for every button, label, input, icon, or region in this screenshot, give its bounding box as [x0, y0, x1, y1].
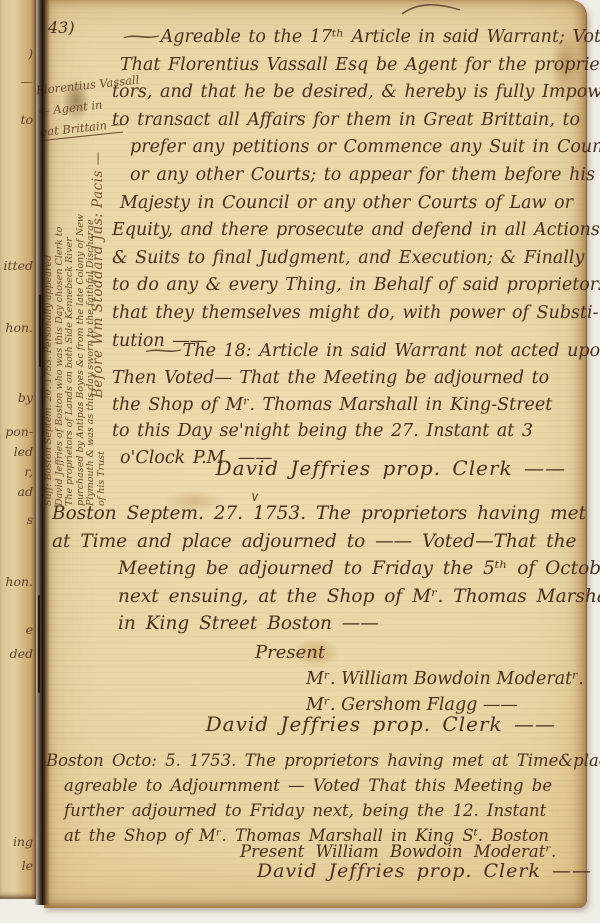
facing-page-text-fragment: hon. — [5, 574, 33, 589]
pen-flourish — [400, 1, 464, 17]
manuscript-line: to do any & every Thing, in Behalf of sa… — [112, 272, 600, 300]
facing-page-text-fragment: itted — [4, 258, 33, 273]
facing-page-text-fragment: hon. — [5, 320, 33, 335]
margin-attestation: Before Wm Stoddard Jus: Pacis — — [90, 128, 114, 398]
line-text: That Florentius Vassall Esq be Agent for… — [120, 55, 600, 75]
line-text: purchased by Antipas Boyes &c from the l… — [75, 214, 86, 506]
manuscript-line: in King Street Boston —— — [52, 610, 600, 638]
manuscript-line: Meeting be adjourned to Friday the 5ᵗʰ o… — [52, 555, 600, 583]
line-text: Agreable to the 17ᵗʰ Article in said War… — [161, 27, 600, 47]
line-text: Boston Septem. 27. 1753. The proprietors… — [52, 503, 586, 524]
paragraph-article-18: ~The 18: Article in said Warrant not act… — [112, 338, 600, 472]
manuscript-line: to transact all Affairs for them in Grea… — [112, 107, 600, 135]
manuscript-line: at Time and place adjourned to —— Voted—… — [52, 528, 600, 556]
paragraph-sept-27-meeting: Boston Septem. 27. 1753. The proprietors… — [52, 500, 600, 638]
gutter-crease-mark — [39, 295, 41, 367]
manuscript-line: prefer any petitions or Commence any Sui… — [112, 134, 600, 162]
facing-page-text-fragment: by — [18, 390, 33, 405]
book-gutter — [34, 0, 50, 905]
manuscript-line: Majesty in Council or any other Courts o… — [112, 190, 600, 218]
gutter-crease-mark — [38, 595, 40, 693]
line-text: of his Trust — [96, 451, 107, 506]
manuscript-line: that they themselves might do, with powe… — [112, 300, 600, 328]
manuscript-line: Equity, and there prosecute and defend i… — [112, 217, 600, 245]
line-text: in King Street Boston —— — [118, 613, 379, 634]
line-text: Equity, and there prosecute and defend i… — [112, 220, 600, 240]
line-text: agreable to Adjournment — Voted That thi… — [64, 776, 552, 795]
present-heading: Present — [255, 642, 325, 663]
facing-page-text-fragment: led — [14, 444, 33, 459]
paragraph-oct-5-meeting: Boston Octo: 5. 1753. The proprietors ha… — [46, 748, 600, 848]
manuscript-line: Then Voted— That the Meeting be adjourne… — [112, 365, 600, 392]
line-text: the Shop of Mʳ. Thomas Marshall in King-… — [112, 395, 552, 415]
facing-page-text-fragment: — — [21, 74, 34, 89]
facing-page-text-fragment: le — [22, 858, 33, 873]
line-text: Boston Octo: 5. 1753. The proprietors ha… — [46, 751, 600, 770]
margin-attestation-signature: Before Wm Stoddard Jus: Pacis — — [90, 128, 114, 398]
line-text: Then Voted— That the Meeting be adjourne… — [112, 368, 549, 388]
manuscript-line: further adjourned to Friday next, being … — [46, 798, 600, 823]
flourish-mark: ~ — [118, 24, 165, 52]
line-text: David Jeffries of Boston who was this Da… — [54, 227, 65, 506]
manuscript-line: That Florentius Vassall Esq be Agent for… — [112, 52, 600, 80]
manuscript-page: 43) ~Agreable to the 17ᵗʰ Article in sai… — [44, 0, 587, 908]
line-text: Majesty in Council or any other Courts o… — [120, 193, 573, 213]
present-moderator-line: Present William Bowdoin Moderatʳ. — [240, 842, 556, 861]
line-text: & Suits to final Judgment, and Execution… — [112, 248, 584, 268]
line-text: further adjourned to Friday next, being … — [64, 801, 546, 820]
manuscript-scan: )—toittedhon.bypon-ledr,adshon.ededingle… — [0, 0, 600, 923]
line-text: Mʳ. William Bowdoin Moderatʳ. — [306, 669, 584, 689]
clerk-signature-1: David Jeffries prop. Clerk —— — [194, 456, 566, 480]
facing-page-text-fragment: ing — [13, 834, 33, 849]
line-text: to transact all Affairs for them in Grea… — [112, 110, 580, 130]
line-text: Meeting be adjourned to Friday the 5ᵗʰ o… — [118, 558, 600, 579]
facing-page-text-fragment: r, — [24, 464, 33, 479]
manuscript-line: next ensuing, at the Shop of Mʳ. Thomas … — [52, 583, 600, 611]
manuscript-line: Boston Septem. 27. 1753. The proprietors… — [52, 500, 600, 528]
line-text: tors, and that he be desired, & hereby i… — [112, 82, 600, 102]
line-text: at Time and place adjourned to —— Voted—… — [52, 531, 576, 552]
line-text: The 18: Article in said Warrant not acte… — [183, 341, 600, 361]
paragraph-article-17: ~Agreable to the 17ᵗʰ Article in said Wa… — [112, 24, 600, 355]
facing-page-text-fragment: s — [27, 512, 33, 527]
line-text: to this Day se'night being the 27. Insta… — [112, 421, 533, 441]
line-text: that they themselves might do, with powe… — [112, 303, 599, 323]
manuscript-line: or any other Courts; to appear for them … — [112, 162, 600, 190]
line-text: next ensuing, at the Shop of Mʳ. Thomas … — [118, 586, 600, 607]
line-text: prefer any petitions or Commence any Sui… — [130, 137, 600, 157]
manuscript-line: & Suits to final Judgment, and Execution… — [112, 245, 600, 273]
manuscript-line: the Shop of Mʳ. Thomas Marshall in King-… — [112, 392, 600, 419]
clerk-signature-3: David Jeffries prop. Clerk —— — [184, 860, 592, 882]
manuscript-line: agreable to Adjournment — Voted That thi… — [46, 773, 600, 798]
line-text: or any other Courts; to appear for them … — [130, 165, 595, 185]
facing-page-text-fragment: ad — [18, 484, 33, 499]
manuscript-line: Mʳ. William Bowdoin Moderatʳ. — [306, 666, 584, 692]
manuscript-line: to this Day se'night being the 27. Insta… — [112, 418, 600, 445]
page-number: 43) — [48, 18, 75, 37]
attendee-list: Mʳ. William Bowdoin Moderatʳ.Mʳ. Gershom… — [306, 666, 584, 718]
clerk-signature-2: David Jeffries prop. Clerk —— — [184, 712, 556, 736]
facing-page-text-fragment: ) — [28, 46, 33, 61]
line-text: to do any & every Thing, in Behalf of sa… — [112, 275, 600, 295]
manuscript-line: ~The 18: Article in said Warrant not act… — [112, 338, 600, 365]
facing-page-edge: )—toittedhon.bypon-ledr,adshon.ededingle — [0, 0, 36, 899]
manuscript-line: tors, and that he be desired, & hereby i… — [112, 79, 600, 107]
facing-page-text-fragment: ded — [10, 646, 33, 661]
facing-page-text-fragment: pon- — [5, 424, 33, 439]
flourish-mark: ~ — [140, 338, 187, 365]
manuscript-line: Boston Octo: 5. 1753. The proprietors ha… — [46, 748, 600, 773]
line-text: The proprietors of Lands on both Side Ke… — [64, 237, 75, 506]
facing-page-text-fragment: to — [20, 112, 33, 127]
facing-page-text-fragment: e — [26, 622, 33, 637]
manuscript-line: ~Agreable to the 17ᵗʰ Article in said Wa… — [112, 24, 600, 52]
